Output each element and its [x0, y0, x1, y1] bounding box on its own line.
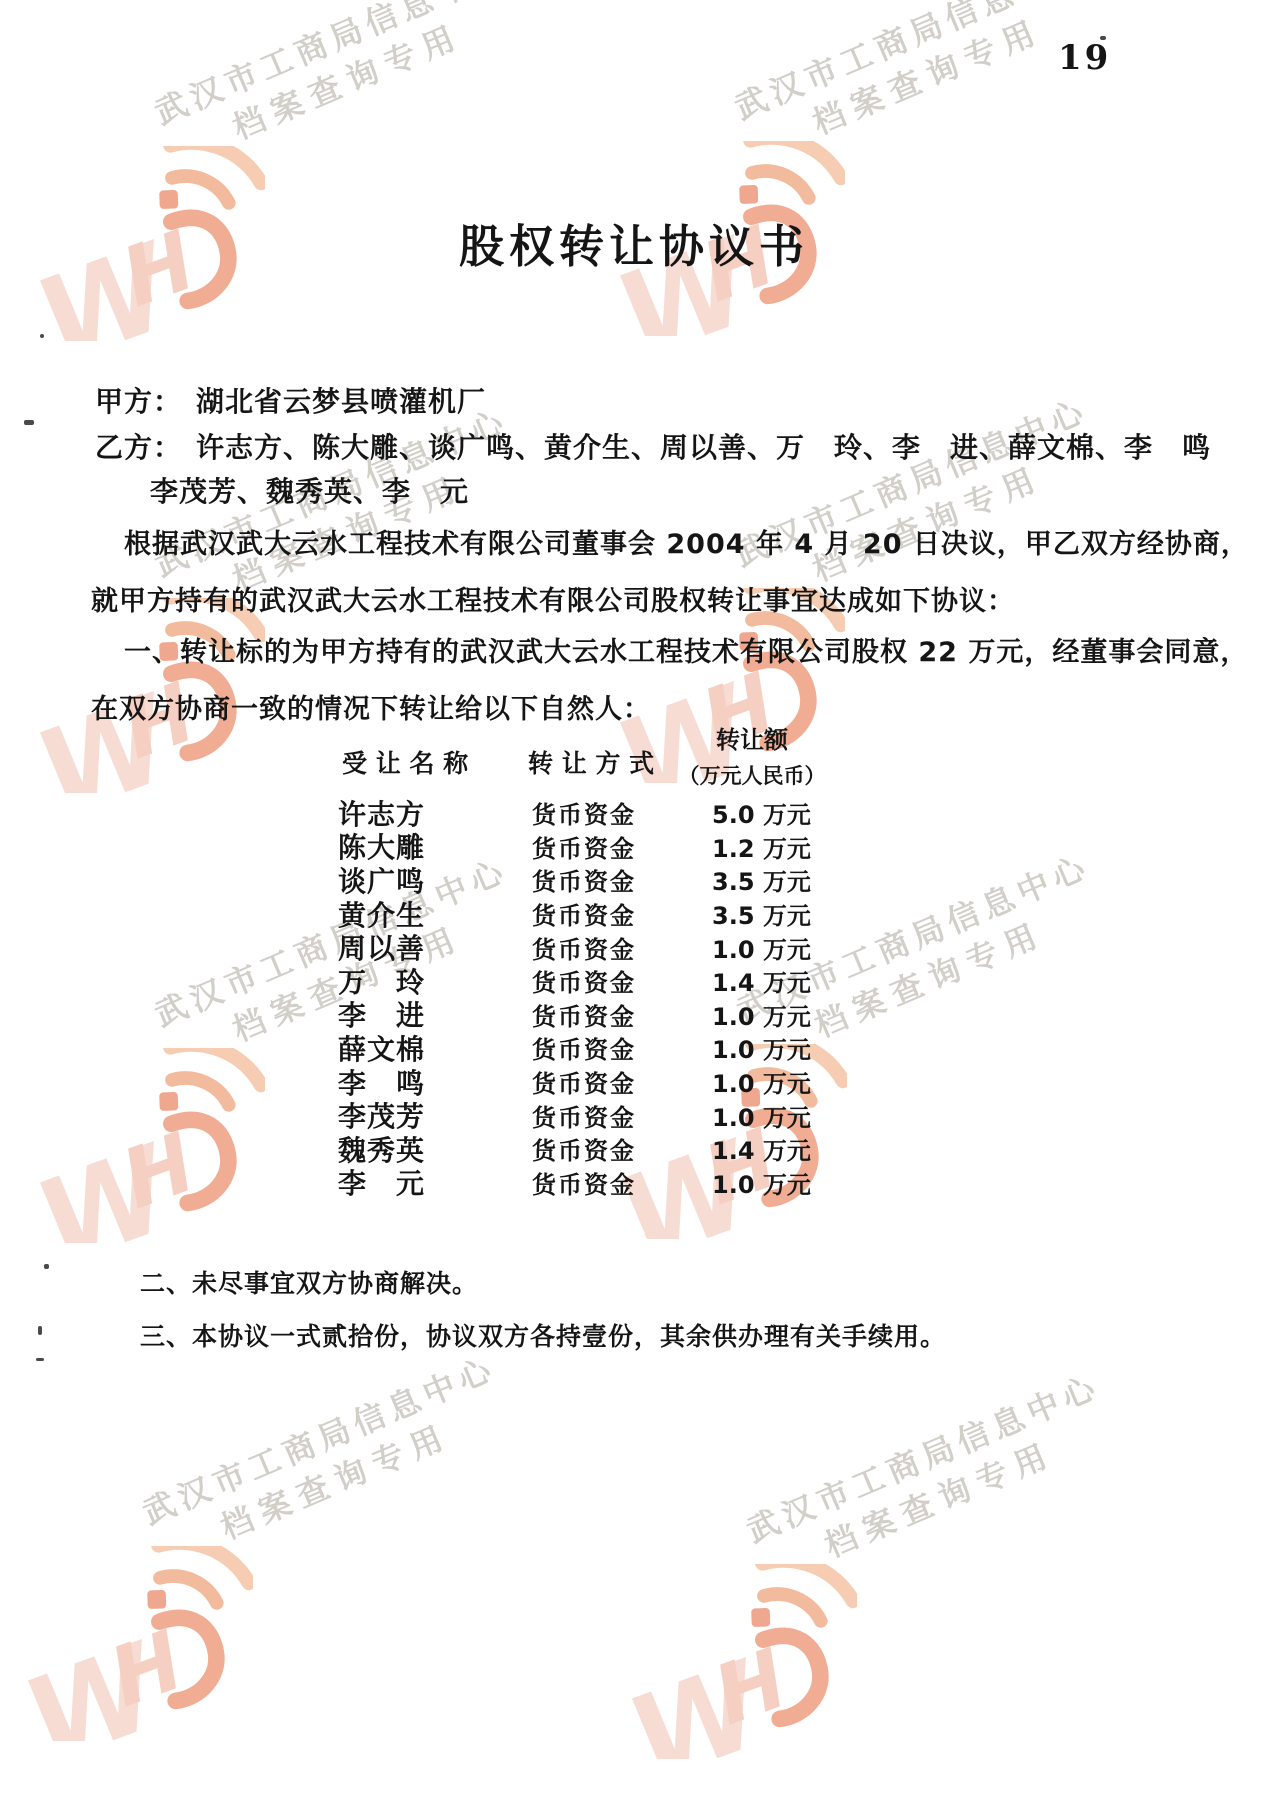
transfer-method: 货币资金	[532, 1165, 662, 1200]
clause2-line: 二、未尽事宜双方协商解决。	[140, 1264, 478, 1300]
table-row: 陈大雕货币资金1.2 万元	[338, 830, 811, 864]
table-row: 李 进货币资金1.0 万元	[338, 998, 811, 1032]
party-a-value: 湖北省云梦县喷灌机厂	[196, 385, 486, 418]
scan-speck	[24, 420, 34, 425]
header-amount-line1: 转让额	[672, 720, 832, 755]
transfer-method: 货币资金	[532, 829, 662, 864]
clause1-line1: 一、转让标的为甲方持有的武汉武大云水工程技术有限公司股权 22 万元，经董事会同…	[124, 630, 1248, 669]
scan-speck	[44, 1264, 49, 1269]
transfer-method: 货币资金	[532, 963, 662, 998]
transfer-amount: 1.0 万元	[712, 1098, 811, 1133]
transfer-method: 货币资金	[532, 1131, 662, 1166]
transfer-method: 货币资金	[532, 930, 662, 965]
party-b-line2: 李茂芳、魏秀英、李 元	[150, 470, 469, 510]
transfer-amount: 1.0 万元	[712, 1165, 811, 1200]
preamble-line2: 就甲方持有的武汉武大云水工程技术有限公司股权转让事宜达成如下协议：	[91, 579, 1015, 618]
transfer-method: 货币资金	[532, 795, 662, 830]
table-row: 谈广鸣货币资金3.5 万元	[338, 863, 811, 897]
table-row: 万 玲货币资金1.4 万元	[338, 964, 811, 998]
table-row: 李 鸣货币资金1.0 万元	[338, 1065, 811, 1099]
transfer-amount: 3.5 万元	[712, 862, 811, 897]
clause1-line2: 在双方协商一致的情况下转让给以下自然人：	[91, 687, 651, 726]
table-row: 李茂芳货币资金1.0 万元	[338, 1098, 811, 1132]
clause3-line: 三、本协议一式贰拾份，协议双方各持壹份，其余供办理有关手续用。	[140, 1317, 946, 1353]
party-b-names-2: 李茂芳、魏秀英、李 元	[150, 475, 469, 508]
table-row: 李 元货币资金1.0 万元	[338, 1166, 811, 1200]
header-amount-line2: （万元人民币）	[672, 760, 832, 790]
document-page: W H 武汉市工商局信息中心 档案查询专用 W H	[0, 0, 1268, 1816]
table-row: 许志方货币资金5.0 万元	[338, 796, 811, 830]
scan-speck	[36, 1358, 44, 1361]
transfer-method: 货币资金	[532, 997, 662, 1032]
transfer-amount: 1.4 万元	[712, 1131, 811, 1166]
page-number: 19	[1058, 38, 1111, 78]
transfer-amount: 5.0 万元	[712, 795, 811, 830]
party-a-label: 甲方：	[95, 385, 182, 418]
transfer-amount: 1.2 万元	[712, 829, 811, 864]
transfer-amount: 1.0 万元	[712, 1064, 811, 1099]
transfer-table: 许志方货币资金5.0 万元陈大雕货币资金1.2 万元谈广鸣货币资金3.5 万元黄…	[338, 796, 811, 1199]
transfer-amount: 1.0 万元	[712, 1030, 811, 1065]
transfer-method: 货币资金	[532, 862, 662, 897]
recipient-name: 李 元	[338, 1162, 508, 1202]
party-a-line: 甲方：湖北省云梦县喷灌机厂	[95, 380, 486, 420]
transfer-amount: 1.4 万元	[712, 963, 811, 998]
transfer-amount: 1.0 万元	[712, 997, 811, 1032]
transfer-method: 货币资金	[532, 1064, 662, 1099]
document-content: 19 股权转让协议书 甲方：湖北省云梦县喷灌机厂 乙方：许志方、陈大雕、谈广鸣、…	[0, 0, 1268, 1816]
transfer-amount: 3.5 万元	[712, 896, 811, 931]
header-transfer-amount: 转让额 （万元人民币）	[672, 720, 832, 790]
transfer-method: 货币资金	[532, 896, 662, 931]
scan-speck	[38, 1326, 42, 1335]
table-row: 薛文棉货币资金1.0 万元	[338, 1031, 811, 1065]
party-b-line1: 乙方：许志方、陈大雕、谈广鸣、黄介生、周以善、万 玲、李 进、薛文棉、李 鸣	[95, 426, 1211, 466]
document-title: 股权转让协议书	[0, 210, 1268, 275]
transfer-amount: 1.0 万元	[712, 930, 811, 965]
header-recipient-name: 受 让 名 称	[342, 744, 468, 780]
header-transfer-method: 转 让 方 式	[528, 744, 654, 780]
party-b-names-1: 许志方、陈大雕、谈广鸣、黄介生、周以善、万 玲、李 进、薛文棉、李 鸣	[196, 431, 1211, 464]
party-b-label: 乙方：	[95, 431, 182, 464]
transfer-method: 货币资金	[532, 1098, 662, 1133]
scan-speck	[40, 334, 44, 338]
table-row: 周以善货币资金1.0 万元	[338, 930, 811, 964]
table-row: 魏秀英货币资金1.4 万元	[338, 1132, 811, 1166]
preamble-line1: 根据武汉武大云水工程技术有限公司董事会 2004 年 4 月 20 日决议，甲乙…	[124, 522, 1249, 561]
table-row: 黄介生货币资金3.5 万元	[338, 897, 811, 931]
transfer-method: 货币资金	[532, 1030, 662, 1065]
scan-speck	[1100, 36, 1106, 40]
